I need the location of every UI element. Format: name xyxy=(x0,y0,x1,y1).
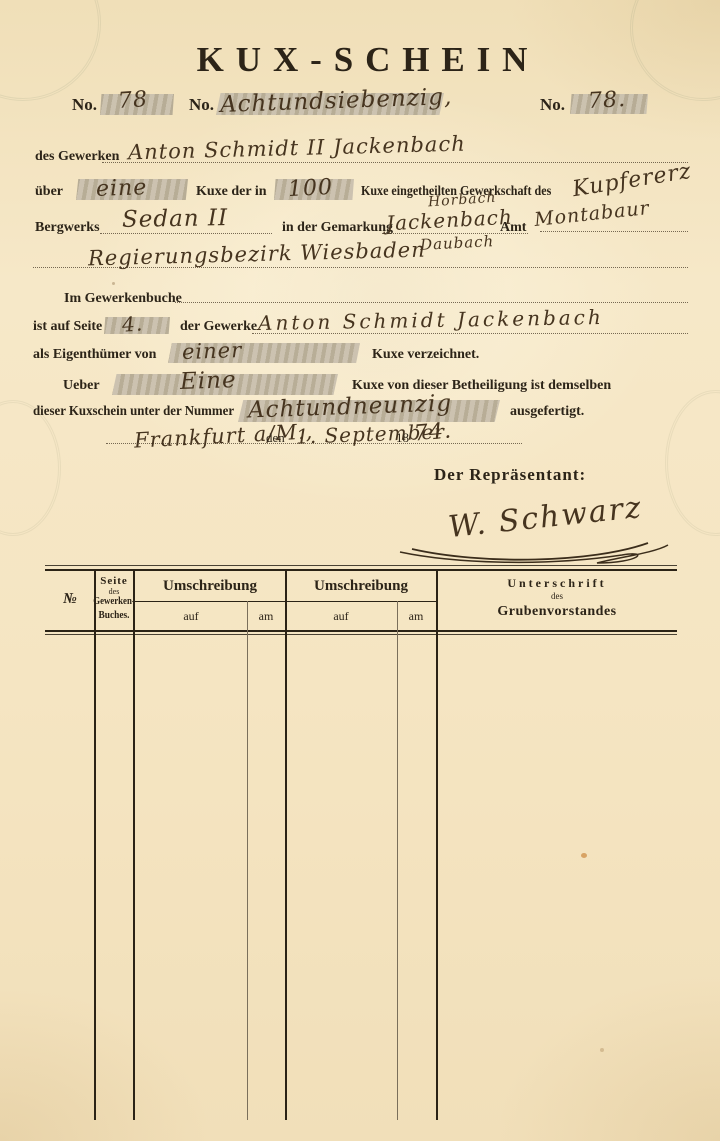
table-vline-umschreibung xyxy=(285,570,287,1120)
table-col-seite-l4: Buches. xyxy=(99,609,130,621)
gewerke-label: der Gewerke xyxy=(180,319,257,335)
gewerkschaft-name: Kupfererz xyxy=(571,159,693,202)
edge-ornament-right xyxy=(665,390,720,536)
table-vline-auf-am-2 xyxy=(397,601,398,1120)
no-label-left: No. xyxy=(72,95,97,115)
ueber-label: über xyxy=(35,184,63,200)
datum-ort: Frankfurt a/M., xyxy=(133,419,313,452)
paper-speck xyxy=(112,282,115,285)
table-col-umschreibung-2: Umschreibung xyxy=(314,578,408,595)
bergwerk-rule-3 xyxy=(540,231,688,232)
ausfertigung-text2: dieser Kuxschein unter der Nummer xyxy=(33,404,252,420)
bezirk-value: Regierungsbezirk Wiesbaden xyxy=(88,238,426,271)
gewerkenbuch-intro: Im Gewerkenbuche xyxy=(64,291,182,307)
datum-den: den xyxy=(266,430,285,446)
gewerkenbuch-rule xyxy=(175,302,688,303)
table-vline-no xyxy=(94,570,96,1120)
kux-schein-certificate: KUX-SCHEIN No. 78 No. Achtundsiebenzig, … xyxy=(0,0,720,1141)
seite-label: ist auf Seite xyxy=(33,319,102,335)
no-value-right: 78. xyxy=(587,87,626,114)
no-label-right: No. xyxy=(540,95,565,115)
ausfertigung-ueber: Ueber xyxy=(63,378,100,394)
gewerke-value: Anton Schmidt Jackenbach xyxy=(258,305,604,335)
table-col-umschreibung-1: Umschreibung xyxy=(163,578,257,595)
table-col-auf-2: auf xyxy=(333,609,348,624)
ueber-mid1: Kuxe der in xyxy=(196,184,267,200)
amt-below: Daubach xyxy=(420,232,495,254)
gewerken-value: Anton Schmidt II Jackenbach xyxy=(128,132,466,165)
seite-value: 4. xyxy=(121,311,144,336)
gemarkung-value: Jackenbach xyxy=(385,205,513,236)
corner-ornament-top-right xyxy=(630,0,720,101)
datum-jahrhundert: 18 xyxy=(396,430,409,446)
table-header-bottom-thick xyxy=(45,630,677,632)
datum-jahr: 74. xyxy=(413,418,453,446)
eigenthuemer-value: einer xyxy=(182,338,243,364)
amt-label: Amt xyxy=(500,220,526,236)
page-title: KUX-SCHEIN xyxy=(197,40,540,80)
table-vline-unterschrift xyxy=(436,570,438,1120)
eigenthuemer-suffix: Kuxe verzeichnet. xyxy=(372,347,479,363)
paper-speck xyxy=(600,1048,604,1052)
ausfertigung-text2-text: dieser Kuxschein unter der Nummer xyxy=(33,404,234,420)
ausfertigung-suffix: ausgefertigt. xyxy=(510,404,584,420)
corner-ornament-top-left xyxy=(0,0,101,101)
table-top-rule-thin xyxy=(45,565,677,566)
no-value-left: 78 xyxy=(117,87,149,114)
table-col-am-1: am xyxy=(259,609,274,624)
table-col-auf-1: auf xyxy=(183,609,198,624)
bergwerk-rule-1 xyxy=(100,233,272,234)
paper-speck xyxy=(581,853,587,858)
gemarkung-label: in der Gemarkung xyxy=(282,220,393,236)
table-header-bottom-thin xyxy=(45,634,677,635)
table-col-seite-l1: Seite xyxy=(100,575,128,587)
no-label-middle: No. xyxy=(189,95,214,115)
eigenthuemer-label: als Eigenthümer von xyxy=(33,347,156,363)
repraesentant-label: Der Repräsentant: xyxy=(434,465,586,485)
bergwerk-name: Sedan II xyxy=(122,205,229,233)
ueber-box2-value: 100 xyxy=(287,175,333,202)
ueber-box1-value: eine xyxy=(96,175,148,202)
table-top-rule-thick xyxy=(45,569,677,571)
table-col-am-2: am xyxy=(409,609,424,624)
table-col-unterschrift-l1: Unterschrift xyxy=(507,576,606,591)
table-vline-seite xyxy=(133,570,135,1120)
ausfertigung-anzahl: Eine xyxy=(180,367,237,395)
edge-ornament-left xyxy=(0,400,61,536)
table-vline-auf-am-1 xyxy=(247,601,248,1120)
table-col-unterschrift-l3: Grubenvorstandes xyxy=(497,604,616,620)
bergwerk-label: Bergwerks xyxy=(35,220,100,236)
table-col-no: № xyxy=(63,591,77,608)
table-col-seite-l3: Gewerken- xyxy=(93,595,135,607)
table-col-unterschrift-l2: des xyxy=(551,591,563,601)
amt-value: Montabaur xyxy=(533,197,651,231)
